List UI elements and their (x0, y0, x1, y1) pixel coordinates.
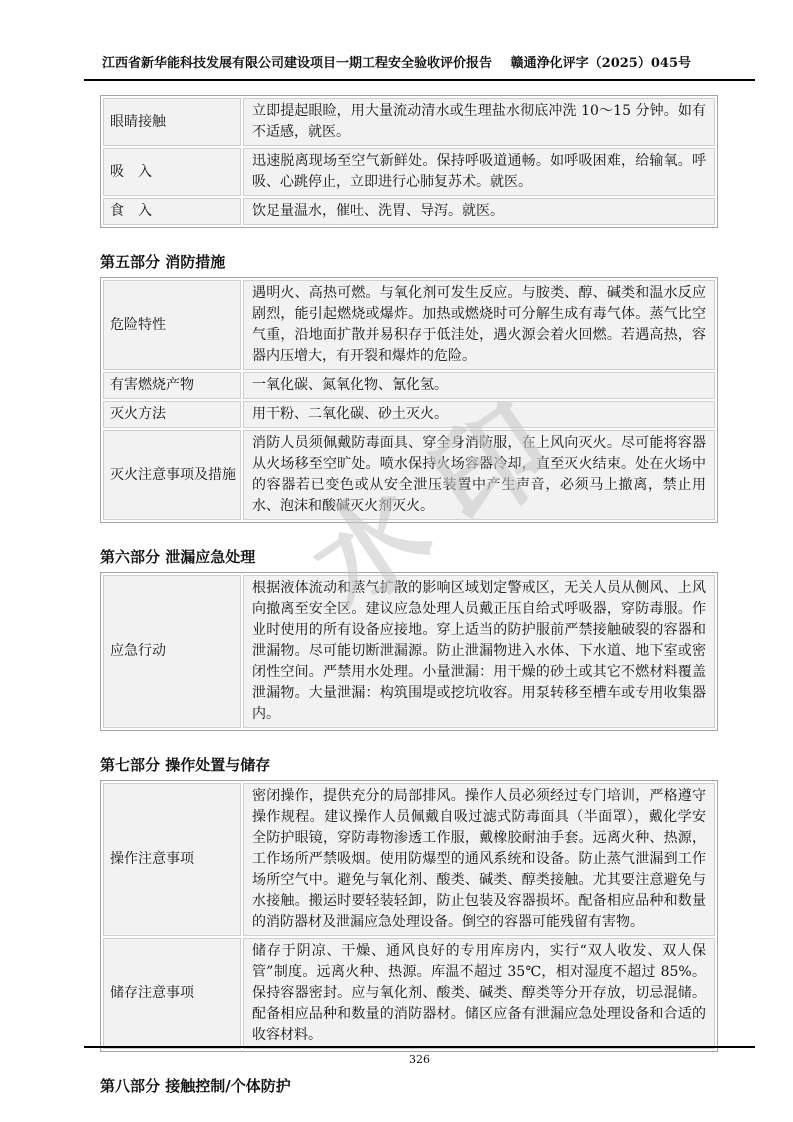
row-label-cell: 食 入 (103, 198, 241, 225)
row-content-cell: 根据液体流动和蒸气扩散的影响区域划定警戒区，无关人员从侧风、上风向撤离至安全区。… (243, 575, 715, 728)
row-label-cell: 眼睛接触 (103, 98, 241, 146)
row-label-cell: 危险特性 (103, 280, 241, 370)
row-content-cell: 迅速脱离现场至空气新鲜处。保持呼吸道通畅。如呼吸困难，给输氧。呼吸、心跳停止，立… (243, 148, 715, 196)
msds-table: 应急行动根据液体流动和蒸气扩散的影响区域划定警戒区，无关人员从侧风、上风向撤离至… (100, 572, 718, 731)
row-label-cell: 灭火方法 (103, 401, 241, 428)
msds-table: 操作注意事项密闭操作，提供充分的局部排风。操作人员必须经过专门培训，严格遵守操作… (100, 780, 718, 1052)
table-row: 灭火方法用干粉、二氧化碳、砂土灭火。 (103, 401, 715, 428)
table-row: 储存注意事项储存于阴凉、干燥、通风良好的专用库房内，实行“双人收发、双人保管”制… (103, 938, 715, 1049)
header-doc-number: 赣通浄化评字（2025）045号 (511, 56, 755, 72)
msds-table: 眼睛接触立即提起眼睑，用大量流动清水或生理盐水彻底冲洗 10～15 分钟。如有不… (100, 95, 718, 228)
section-heading: 第五部分 消防措施 (100, 252, 718, 272)
row-label-cell: 有害燃烧产物 (103, 372, 241, 399)
report-page: 江西省新华能科技发展有限公司建设项目一期工程安全验收评价报告 赣通浄化评字（20… (0, 0, 793, 1122)
row-content-cell: 立即提起眼睑，用大量流动清水或生理盐水彻底冲洗 10～15 分钟。如有不适感，就… (243, 98, 715, 146)
table-row: 灭火注意事项及措施消防人员须佩戴防毒面具、穿全身消防服，在上风向灭火。尽可能将容… (103, 430, 715, 520)
row-label-cell: 灭火注意事项及措施 (103, 430, 241, 520)
table-row: 食 入饮足量温水，催吐、洗胃、导泻。就医。 (103, 198, 715, 225)
row-content-cell: 遇明火、高热可燃。与氧化剂可发生反应。与胺类、醇、碱类和温水反应剧烈，能引起燃烧… (243, 280, 715, 370)
row-label-cell: 吸 入 (103, 148, 241, 196)
header-report-title: 江西省新华能科技发展有限公司建设项目一期工程安全验收评价报告 (84, 56, 492, 72)
row-content-cell: 储存于阴凉、干燥、通风良好的专用库房内，实行“双人收发、双人保管”制度。远离火种… (243, 938, 715, 1049)
table-row: 有害燃烧产物一氧化碳、氮氧化物、氰化氢。 (103, 372, 715, 399)
row-label-cell: 储存注意事项 (103, 938, 241, 1049)
table-row: 操作注意事项密闭操作，提供充分的局部排风。操作人员必须经过专门培训，严格遵守操作… (103, 783, 715, 936)
table-row: 应急行动根据液体流动和蒸气扩散的影响区域划定警戒区，无关人员从侧风、上风向撤离至… (103, 575, 715, 728)
table-row: 眼睛接触立即提起眼睑，用大量流动清水或生理盐水彻底冲洗 10～15 分钟。如有不… (103, 98, 715, 146)
report-header: 江西省新华能科技发展有限公司建设项目一期工程安全验收评价报告 赣通浄化评字（20… (84, 56, 755, 81)
section-heading: 第六部分 泄漏应急处理 (100, 547, 718, 567)
row-content-cell: 饮足量温水，催吐、洗胃、导泻。就医。 (243, 198, 715, 225)
page-footer: 326 (84, 1046, 755, 1067)
msds-table: 危险特性遇明火、高热可燃。与氧化剂可发生反应。与胺类、醇、碱类和温水反应剧烈，能… (100, 277, 718, 523)
page-number: 326 (409, 1053, 430, 1066)
row-content-cell: 用干粉、二氧化碳、砂土灭火。 (243, 401, 715, 428)
table-row: 危险特性遇明火、高热可燃。与氧化剂可发生反应。与胺类、醇、碱类和温水反应剧烈，能… (103, 280, 715, 370)
row-content-cell: 一氧化碳、氮氧化物、氰化氢。 (243, 372, 715, 399)
row-content-cell: 消防人员须佩戴防毒面具、穿全身消防服，在上风向灭火。尽可能将容器从火场移至空旷处… (243, 430, 715, 520)
report-body: 眼睛接触立即提起眼睑，用大量流动清水或生理盐水彻底冲洗 10～15 分钟。如有不… (100, 95, 718, 1101)
section-heading: 第七部分 操作处置与储存 (100, 755, 718, 775)
table-row: 吸 入迅速脱离现场至空气新鲜处。保持呼吸道通畅。如呼吸困难，给输氧。呼吸、心跳停… (103, 148, 715, 196)
section-heading: 第八部分 接触控制/个体防护 (100, 1076, 718, 1096)
row-content-cell: 密闭操作，提供充分的局部排风。操作人员必须经过专门培训，严格遵守操作规程。建议操… (243, 783, 715, 936)
row-label-cell: 应急行动 (103, 575, 241, 728)
row-label-cell: 操作注意事项 (103, 783, 241, 936)
